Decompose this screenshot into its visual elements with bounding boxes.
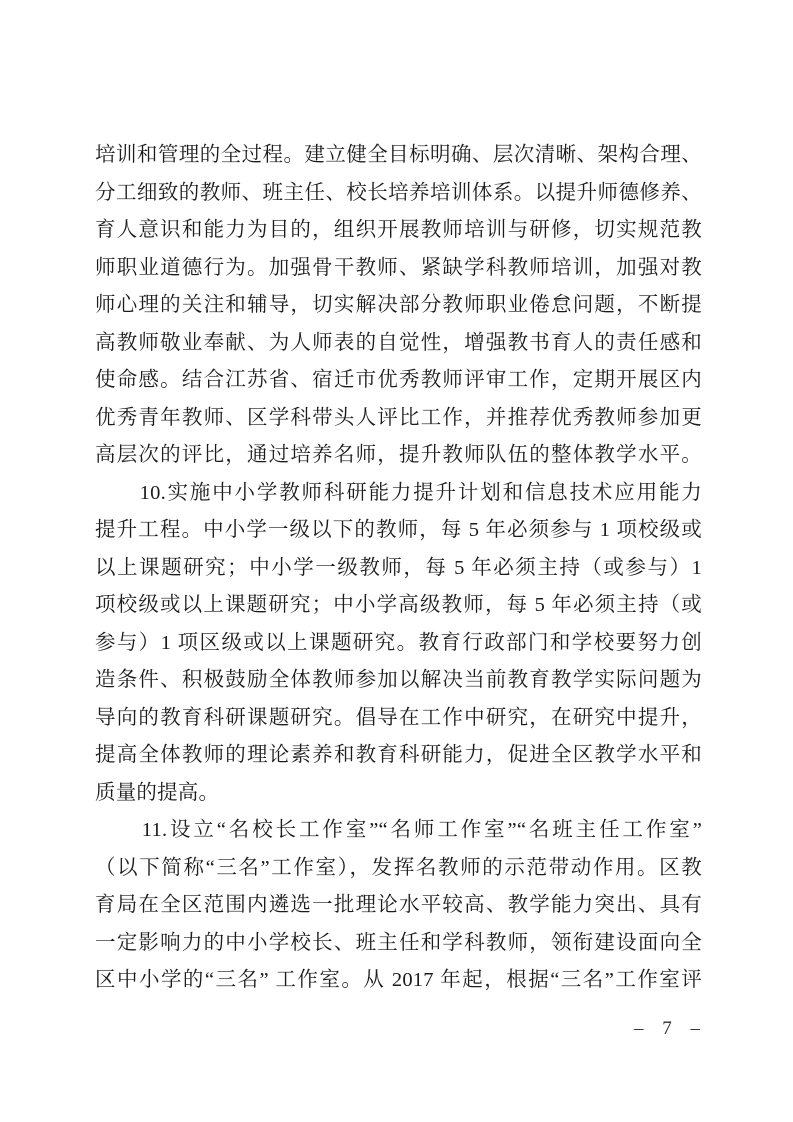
text-line: 导向的教育科研课题研究。倡导在工作中研究，在研究中提升，: [95, 700, 702, 738]
text-line: 分工细致的教师、班主任、校长培养培训体系。以提升师德修养、: [95, 175, 702, 213]
text-line: 高教师敬业奉献、为人师表的自觉性，增强教书育人的责任感和: [95, 325, 702, 363]
text-line: 使命感。结合江苏省、宿迁市优秀教师评审工作，定期开展区内: [95, 362, 702, 400]
text-line: 高层次的评比，通过培养名师，提升教师队伍的整体教学水平。: [95, 437, 702, 475]
text-line: 育局在全区范围内遴选一批理论水平较高、教学能力突出、具有: [95, 887, 702, 925]
text-line: 以上课题研究；中小学一级教师，每 5 年必须主持（或参与）1: [95, 550, 702, 588]
text-line: 育人意识和能力为目的，组织开展教师培训与研修，切实规范教: [95, 212, 702, 250]
text-line: 优秀青年教师、区学科带头人评比工作，并推荐优秀教师参加更: [95, 400, 702, 438]
text-line: 10.实施中小学教师科研能力提升计划和信息技术应用能力: [95, 475, 702, 513]
text-line: 师职业道德行为。加强骨干教师、紧缺学科教师培训，加强对教: [95, 250, 702, 288]
text-line: 区中小学的“三名” 工作室。从 2017 年起，根据“三名”工作室评: [95, 962, 702, 1000]
text-line: 参与）1 项区级或以上课题研究。教育行政部门和学校要努力创: [95, 625, 702, 663]
text-line: 质量的提高。: [95, 775, 702, 813]
text-line: （以下简称“三名”工作室），发挥名教师的示范带动作用。区教: [95, 850, 702, 888]
text-line: 项校级或以上课题研究；中小学高级教师，每 5 年必须主持（或: [95, 587, 702, 625]
page-number: – 7 –: [634, 1018, 707, 1040]
text-line: 11.设立“名校长工作室”“名师工作室”“名班主任工作室”: [95, 812, 702, 850]
text-line: 提升工程。中小学一级以下的教师，每 5 年必须参与 1 项校级或: [95, 512, 702, 550]
text-line: 提高全体教师的理论素养和教育科研能力，促进全区教学水平和: [95, 737, 702, 775]
text-line: 培训和管理的全过程。建立健全目标明确、层次清晰、架构合理、: [95, 137, 702, 175]
text-line: 一定影响力的中小学校长、班主任和学科教师，领衔建设面向全: [95, 925, 702, 963]
text-line: 造条件、积极鼓励全体教师参加以解决当前教育教学实际问题为: [95, 662, 702, 700]
text-line: 师心理的关注和辅导，切实解决部分教师职业倦怠问题，不断提: [95, 287, 702, 325]
document-page: 培训和管理的全过程。建立健全目标明确、层次清晰、架构合理、 分工细致的教师、班主…: [0, 0, 793, 1122]
body-text: 培训和管理的全过程。建立健全目标明确、层次清晰、架构合理、 分工细致的教师、班主…: [95, 137, 702, 1000]
